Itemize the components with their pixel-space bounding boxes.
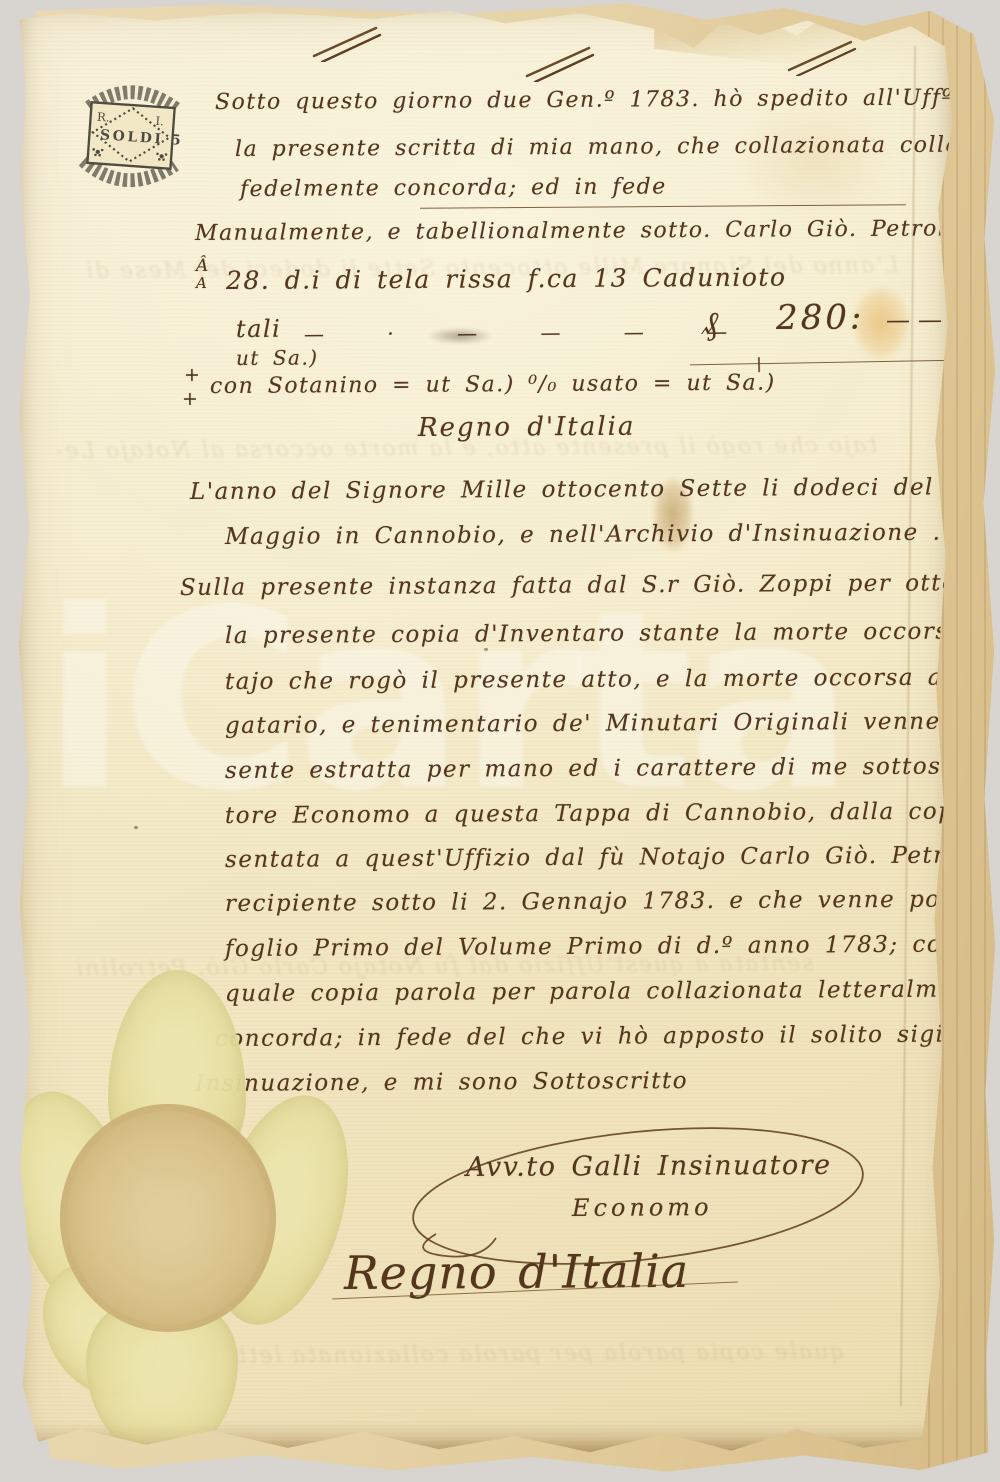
amount-value: 280: xyxy=(776,297,865,338)
amount-label: tali xyxy=(236,315,281,343)
manuscript-line: Sotto questo giorno due Gen.º 1783. hò s… xyxy=(215,84,1000,115)
seal-embossed-center xyxy=(60,1104,276,1332)
kingdom-heading: Regno d'Italia xyxy=(418,412,636,443)
verso-show-through: quale copia parola per parola collaziona… xyxy=(104,1339,844,1369)
collation-slash-mark xyxy=(781,36,859,76)
manuscript-line: tajo che rogò il presente atto, e la mor… xyxy=(225,664,1000,695)
ink-speck xyxy=(134,826,138,829)
manuscript-line: concorda; in fede del che vi hò apposto … xyxy=(215,1021,1000,1052)
manuscript-sheet: L'anno del Signore Mille ottocento Sette… xyxy=(14,6,958,1458)
manuscript-line: sente estratta per mano ed i carattere d… xyxy=(225,752,1000,784)
collation-slash-mark xyxy=(519,42,597,82)
manuscript-line: sentata a quest'Uffizio dal fù Notajo Ca… xyxy=(225,842,1000,873)
manuscript-line: recipiente sotto li 2. Gennajo 1783. e c… xyxy=(225,886,1000,917)
fiscal-stamp: R. I. SOLDI 5 xyxy=(68,68,195,204)
blank-rule xyxy=(420,204,906,208)
manuscript-line: quale copia parola per parola collaziona… xyxy=(225,976,996,1007)
manuscript-line: 28. d.i di tela rissa f.ca 13 Cadunioto xyxy=(226,263,787,295)
currency-symbol: ₰ xyxy=(702,304,718,342)
manuscript-line: Maggio in Cannobio, e nell'Archivio d'In… xyxy=(225,520,942,550)
plus-mark: + xyxy=(182,388,198,410)
collation-slash-mark xyxy=(306,22,384,62)
signature-title: Economo xyxy=(572,1193,713,1222)
seal-petal xyxy=(0,1076,164,1332)
seal-petal xyxy=(190,1080,372,1340)
amount-dashes: — · — — — — xyxy=(304,319,753,346)
ut-supra-note: ut Sa.) xyxy=(236,345,319,370)
amount-rule xyxy=(690,360,956,366)
manuscript-line: Sulla presente instanza fatta dal S.r Gi… xyxy=(180,570,1000,601)
plus-mark: + xyxy=(184,364,200,386)
manuscript-line: L'anno del Signore Mille ottocento Sette… xyxy=(190,474,1000,505)
ink-speck xyxy=(484,648,488,651)
manuscript-line: la presente copia d'Inventaro stante la … xyxy=(225,618,1000,649)
adjustment-line: con Sotanino = ut Sa.) ⁰∕₀ usato = ut Sa… xyxy=(210,371,776,399)
manuscript-line: la presente scritta di mia mano, che col… xyxy=(235,131,1000,162)
manuscript-line: tore Economo a questa Tappa di Cannobio,… xyxy=(225,798,1000,829)
signature-name: Avv.to Galli Insinuatore xyxy=(466,1150,832,1183)
seal-petal xyxy=(20,1243,180,1416)
stamp-letter-r: R. xyxy=(97,110,111,125)
amount-trail-dash: —— xyxy=(886,306,950,334)
manuscript-line: gatario, e tenimentario de' Minutari Ori… xyxy=(225,708,1000,739)
manuscript-line: Insinuazione, e mi sono Sottoscritto xyxy=(195,1068,688,1097)
scan-stage: L'anno del Signore Mille ottocento Sette… xyxy=(0,0,1000,1482)
manuscript-line: foglio Primo del Volume Primo di d.º ann… xyxy=(225,931,975,962)
item-mark-bottom: A xyxy=(196,274,207,292)
manuscript-line: Manualmente, e tabellionalmente sotto. C… xyxy=(195,215,1000,246)
stamp-letter-i: I. xyxy=(155,114,164,129)
manuscript-line: fedelmente concorda; ed in fede xyxy=(240,174,667,202)
